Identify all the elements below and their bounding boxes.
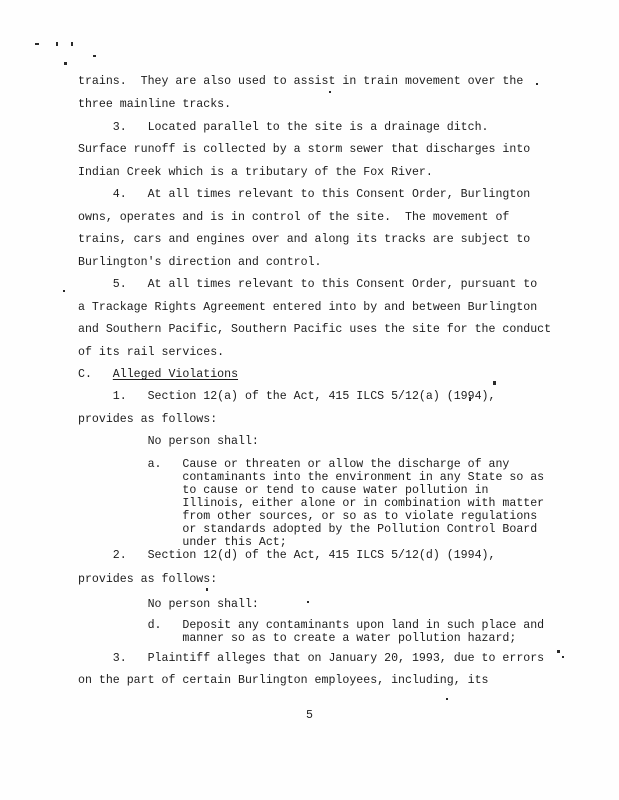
text-line: trains. They are also used to assist in … — [78, 75, 523, 89]
text-line: provides as follows: — [78, 573, 217, 587]
text-line: d. Deposit any contaminants upon land in… — [78, 619, 544, 633]
noise-speck — [557, 650, 560, 653]
noise-speck — [493, 381, 496, 385]
text-line: manner so as to create a water pollution… — [78, 632, 516, 646]
noise-speck — [93, 55, 96, 57]
text-line: under this Act; — [78, 536, 287, 550]
noise-speck — [446, 698, 448, 700]
noise-speck — [562, 656, 564, 658]
text-line: a. Cause or threaten or allow the discha… — [78, 458, 509, 472]
noise-speck — [307, 601, 309, 603]
text-line: to cause or tend to cause water pollutio… — [78, 484, 489, 498]
text-line: trains, cars and engines over and along … — [78, 233, 530, 247]
text-line: No person shall: — [78, 435, 259, 449]
text-line: 3. Located parallel to the site is a dra… — [78, 121, 489, 135]
text-line: 2. Section 12(d) of the Act, 415 ILCS 5/… — [78, 549, 495, 563]
noise-speck — [329, 91, 331, 93]
text-line: Illinois, either alone or in combination… — [78, 497, 544, 511]
page-number: 5 — [0, 709, 619, 722]
text-line: from other sources, or so as to violate … — [78, 510, 537, 524]
text-line: owns, operates and is in control of the … — [78, 211, 509, 225]
text-line: 5. At all times relevant to this Consent… — [78, 278, 537, 292]
text-line: Surface runoff is collected by a storm s… — [78, 143, 530, 157]
noise-speck — [71, 42, 73, 46]
section-heading: C. Alleged Violations — [78, 368, 238, 382]
text-line: 4. At all times relevant to this Consent… — [78, 188, 530, 202]
document-page: trains. They are also used to assist in … — [0, 0, 619, 800]
text-line: Burlington's direction and control. — [78, 256, 322, 270]
text-line: or standards adopted by the Pollution Co… — [78, 523, 537, 537]
text-line: provides as follows: — [78, 413, 217, 427]
text-line: of its rail services. — [78, 346, 224, 360]
text-line: 1. Section 12(a) of the Act, 415 ILCS 5/… — [78, 390, 495, 404]
text-line: 3. Plaintiff alleges that on January 20,… — [78, 652, 544, 666]
noise-speck — [469, 397, 471, 401]
text-line: three mainline tracks. — [78, 98, 231, 112]
text-line: Indian Creek which is a tributary of the… — [78, 166, 433, 180]
noise-speck — [35, 43, 39, 45]
text-line: and Southern Pacific, Southern Pacific u… — [78, 323, 551, 337]
text-line: on the part of certain Burlington employ… — [78, 674, 489, 688]
noise-speck — [536, 83, 538, 85]
noise-speck — [63, 290, 65, 292]
text-line: contaminants into the environment in any… — [78, 471, 544, 485]
noise-speck — [56, 42, 58, 46]
noise-speck — [64, 62, 67, 65]
noise-speck — [206, 588, 208, 591]
text-line: No person shall: — [78, 598, 259, 612]
text-line: a Trackage Rights Agreement entered into… — [78, 301, 537, 315]
